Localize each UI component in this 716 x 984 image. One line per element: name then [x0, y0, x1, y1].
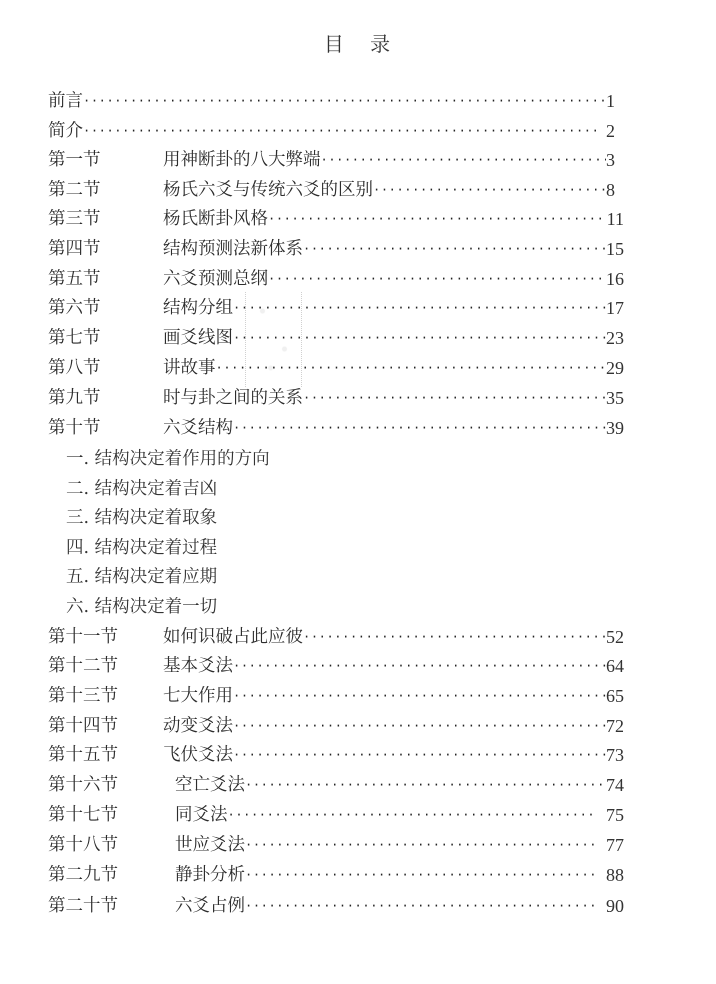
- toc-section-title: 动变爻法: [163, 713, 233, 739]
- dot-leader: [233, 325, 606, 351]
- dot-leader: [245, 862, 598, 888]
- toc-entry-preface[interactable]: 前言 1: [48, 88, 615, 114]
- toc-page-number: 74: [606, 772, 624, 798]
- toc-section-label: 第三节: [48, 206, 163, 232]
- toc-subitem-3[interactable]: 三. 结构决定着取象: [66, 505, 217, 531]
- toc-entry-section-19[interactable]: 第二九节 静卦分析 88: [48, 862, 624, 888]
- toc-section-label: 第二节: [48, 177, 163, 203]
- toc-section-title: 杨氏断卦风格: [163, 206, 268, 232]
- toc-entry-section-5[interactable]: 第五节 六爻预测总纲 16: [48, 266, 624, 292]
- toc-entry-section-17[interactable]: 第十七节 同爻法 75: [48, 802, 624, 828]
- dot-leader: [245, 772, 606, 798]
- toc-page-number: 8: [606, 177, 615, 203]
- toc-entry-section-20[interactable]: 第二十节 六爻占例 90: [48, 893, 624, 919]
- toc-entry-section-16[interactable]: 第十六节 空亡爻法 74: [48, 772, 624, 798]
- toc-entry-section-3[interactable]: 第三节 杨氏断卦风格 11: [48, 206, 624, 232]
- toc-page-number: 11: [607, 206, 624, 232]
- toc-section-title: 六爻结构: [163, 415, 233, 441]
- toc-entry-section-15[interactable]: 第十五节 飞伏爻法 73: [48, 742, 624, 768]
- toc-entry-section-14[interactable]: 第十四节 动变爻法 72: [48, 713, 624, 739]
- dot-leader: [233, 415, 606, 441]
- toc-entry-label: 简介: [48, 118, 83, 144]
- toc-page-number: 73: [606, 742, 624, 768]
- toc-section-title: 空亡爻法: [175, 772, 245, 798]
- toc-section-label: 第十二节: [48, 653, 163, 679]
- document-page: 目 录 前言 1 简介 2 第一节 用神断卦的八大弊端 3 第二节 杨氏六爻与传…: [0, 0, 716, 984]
- toc-section-label: 第五节: [48, 266, 163, 292]
- toc-section-title: 同爻法: [175, 802, 228, 828]
- toc-page-number: 39: [606, 415, 624, 441]
- dot-leader: [233, 742, 606, 768]
- toc-section-title: 六爻预测总纲: [163, 266, 268, 292]
- toc-entry-section-13[interactable]: 第十三节 七大作用 65: [48, 683, 624, 709]
- toc-section-title: 结构预测法新体系: [163, 236, 303, 262]
- toc-section-label: 第一节: [48, 147, 163, 173]
- toc-page-number: 35: [606, 385, 624, 411]
- toc-section-title: 七大作用: [163, 683, 233, 709]
- toc-page-number: 77: [606, 832, 624, 858]
- toc-page-number: 64: [606, 653, 624, 679]
- dot-leader: [228, 802, 599, 828]
- toc-entry-section-10[interactable]: 第十节 六爻结构 39: [48, 415, 624, 441]
- toc-page-number: 88: [606, 862, 624, 888]
- toc-section-title: 基本爻法: [163, 653, 233, 679]
- toc-section-label: 第十六节: [48, 772, 175, 798]
- toc-section-label: 第二十节: [48, 893, 175, 919]
- dot-leader: [303, 385, 606, 411]
- toc-section-label: 第七节: [48, 325, 163, 351]
- toc-section-title: 世应爻法: [175, 832, 245, 858]
- toc-section-title: 杨氏六爻与传统六爻的区别: [163, 177, 373, 203]
- toc-section-title: 飞伏爻法: [163, 742, 233, 768]
- toc-entry-section-18[interactable]: 第十八节 世应爻法 77: [48, 832, 624, 858]
- toc-subitem-6[interactable]: 六. 结构决定着一切: [66, 594, 217, 620]
- toc-section-label: 第四节: [48, 236, 163, 262]
- toc-page-number: 15: [606, 236, 624, 262]
- toc-entry-section-6[interactable]: 第六节 结构分组 17: [48, 295, 624, 321]
- toc-section-label: 第十四节: [48, 713, 163, 739]
- toc-section-label: 第十节: [48, 415, 163, 441]
- toc-section-title: 用神断卦的八大弊端: [163, 147, 321, 173]
- dot-leader: [83, 118, 598, 144]
- dot-leader: [268, 206, 607, 232]
- toc-section-title: 六爻占例: [175, 893, 245, 919]
- toc-section-label: 第十一节: [48, 624, 163, 650]
- toc-subitem-4[interactable]: 四. 结构决定着过程: [66, 535, 217, 561]
- toc-page-number: 3: [606, 147, 615, 173]
- dot-leader: [233, 683, 606, 709]
- dot-leader: [303, 624, 606, 650]
- dot-leader: [373, 177, 606, 203]
- toc-page-number: 75: [606, 802, 624, 828]
- toc-section-label: 第八节: [48, 355, 163, 381]
- toc-entry-section-9[interactable]: 第九节 时与卦之间的关系 35: [48, 385, 624, 411]
- toc-section-label: 第十七节: [48, 802, 175, 828]
- dot-leader: [233, 653, 606, 679]
- toc-page-number: 29: [606, 355, 624, 381]
- toc-page-number: 65: [606, 683, 624, 709]
- toc-section-title: 静卦分析: [175, 862, 245, 888]
- toc-page-number: 52: [606, 624, 624, 650]
- toc-section-label: 第十三节: [48, 683, 163, 709]
- toc-section-label: 第九节: [48, 385, 163, 411]
- toc-page-number: 90: [606, 893, 624, 919]
- toc-section-title: 画爻线图: [163, 325, 233, 351]
- dot-leader: [303, 236, 606, 262]
- toc-subitem-2[interactable]: 二. 结构决定着吉凶: [66, 476, 217, 502]
- toc-section-title: 时与卦之间的关系: [163, 385, 303, 411]
- toc-page-number: 17: [606, 295, 624, 321]
- toc-entry-intro[interactable]: 简介 2: [48, 118, 615, 144]
- toc-page-number: 2: [606, 118, 615, 144]
- toc-section-label: 第六节: [48, 295, 163, 321]
- dot-leader: [233, 295, 606, 321]
- toc-entry-label: 前言: [48, 88, 83, 114]
- page-title: 目 录: [0, 28, 716, 57]
- toc-page-number: 23: [606, 325, 624, 351]
- dot-leader: [83, 88, 606, 114]
- dot-leader: [233, 713, 606, 739]
- dot-leader: [268, 266, 606, 292]
- toc-subitem-1[interactable]: 一. 结构决定着作用的方向: [66, 446, 270, 472]
- toc-section-title: 讲故事: [163, 355, 216, 381]
- toc-section-title: 如何识破占此应彼: [163, 624, 303, 650]
- toc-entry-section-4[interactable]: 第四节 结构预测法新体系 15: [48, 236, 624, 262]
- toc-entry-section-2[interactable]: 第二节 杨氏六爻与传统六爻的区别 8: [48, 177, 615, 203]
- toc-page-number: 1: [606, 88, 615, 114]
- toc-subitem-5[interactable]: 五. 结构决定着应期: [66, 564, 217, 590]
- toc-entry-section-12[interactable]: 第十二节 基本爻法 64: [48, 653, 624, 679]
- toc-entry-section-1[interactable]: 第一节 用神断卦的八大弊端 3: [48, 147, 615, 173]
- toc-section-title: 结构分组: [163, 295, 233, 321]
- toc-page-number: 72: [606, 713, 624, 739]
- toc-entry-section-7[interactable]: 第七节 画爻线图 23: [48, 325, 624, 351]
- dot-leader: [216, 355, 607, 381]
- toc-section-label: 第十五节: [48, 742, 163, 768]
- toc-entry-section-8[interactable]: 第八节 讲故事 29: [48, 355, 624, 381]
- toc-page-number: 16: [606, 266, 624, 292]
- toc-section-label: 第十八节: [48, 832, 175, 858]
- dot-leader: [321, 147, 607, 173]
- toc-entry-section-11[interactable]: 第十一节 如何识破占此应彼 52: [48, 624, 624, 650]
- dot-leader: [245, 893, 598, 919]
- toc-section-label: 第二九节: [48, 862, 175, 888]
- dot-leader: [245, 832, 598, 858]
